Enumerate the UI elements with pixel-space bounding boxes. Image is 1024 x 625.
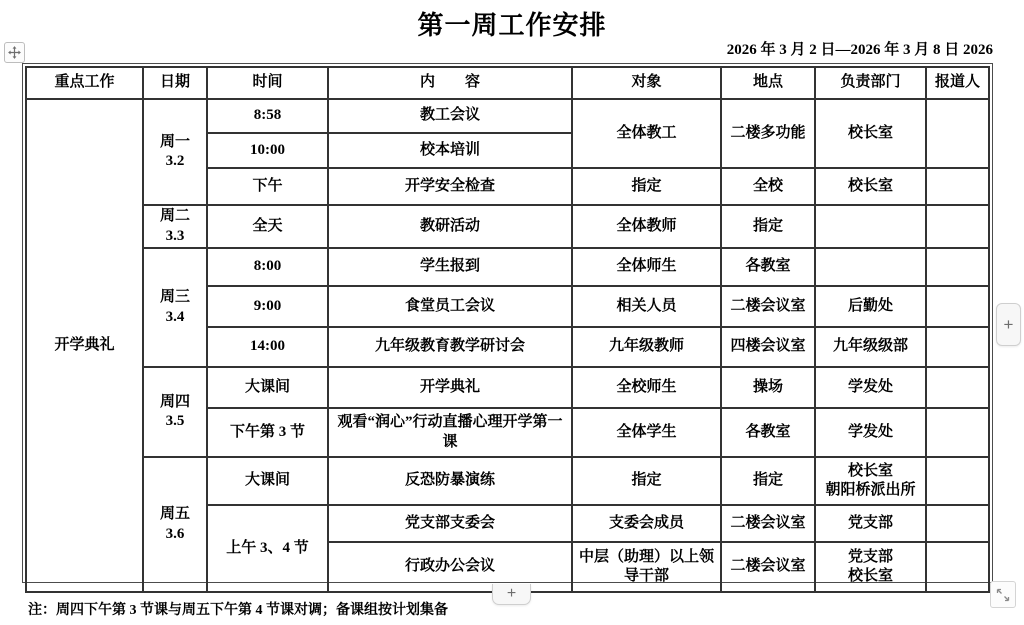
col-header-reporter: 报道人 xyxy=(926,67,989,99)
table-row: 开学典礼 周一 3.2 8:58 教工会议 全体教工 二楼多功能 校长室 xyxy=(26,99,989,133)
place-cell: 各教室 xyxy=(721,248,815,286)
schedule-table-container: 重点工作 日期 时间 内 容 对象 地点 负责部门 报道人 开学典礼 周一 3.… xyxy=(22,63,993,583)
reporter-cell xyxy=(926,168,989,205)
col-header-place: 地点 xyxy=(721,67,815,99)
dept-cell: 校长室 朝阳桥派出所 xyxy=(815,457,926,505)
col-header-time: 时间 xyxy=(207,67,328,99)
table-resize-handle[interactable] xyxy=(990,581,1016,608)
time-cell: 大课间 xyxy=(207,457,328,505)
reporter-cell xyxy=(926,205,989,248)
col-header-keywork: 重点工作 xyxy=(26,67,143,99)
target-cell: 九年级教师 xyxy=(572,327,721,367)
time-cell: 上午 3、4 节 xyxy=(207,505,328,592)
time-cell: 大课间 xyxy=(207,367,328,408)
reporter-cell xyxy=(926,542,989,592)
target-cell: 全校师生 xyxy=(572,367,721,408)
add-column-button[interactable]: + xyxy=(996,303,1021,346)
content-cell: 学生报到 xyxy=(328,248,572,286)
content-cell: 教研活动 xyxy=(328,205,572,248)
content-cell: 开学典礼 xyxy=(328,367,572,408)
dept-cell xyxy=(815,205,926,248)
place-cell: 四楼会议室 xyxy=(721,327,815,367)
place-cell: 二楼会议室 xyxy=(721,542,815,592)
target-cell: 指定 xyxy=(572,457,721,505)
target-cell: 指定 xyxy=(572,168,721,205)
dept-cell xyxy=(815,248,926,286)
content-cell: 反恐防暴演练 xyxy=(328,457,572,505)
date-range: 2026 年 3 月 2 日—2026 年 3 月 8 日 2026 xyxy=(727,38,993,59)
content-cell: 开学安全检查 xyxy=(328,168,572,205)
place-cell: 二楼会议室 xyxy=(721,286,815,327)
dept-cell: 党支部 校长室 xyxy=(815,542,926,592)
reporter-cell xyxy=(926,408,989,457)
place-cell: 指定 xyxy=(721,457,815,505)
content-cell: 食堂员工会议 xyxy=(328,286,572,327)
content-cell: 党支部支委会 xyxy=(328,505,572,542)
reporter-cell xyxy=(926,248,989,286)
target-cell: 全体学生 xyxy=(572,408,721,457)
place-cell: 各教室 xyxy=(721,408,815,457)
dept-cell: 九年级级部 xyxy=(815,327,926,367)
time-cell: 下午 xyxy=(207,168,328,205)
time-cell: 9:00 xyxy=(207,286,328,327)
reporter-cell xyxy=(926,505,989,542)
time-cell: 8:00 xyxy=(207,248,328,286)
day-cell-mon: 周一 3.2 xyxy=(143,99,207,205)
col-header-content: 内 容 xyxy=(328,67,572,99)
time-cell: 全天 xyxy=(207,205,328,248)
place-cell: 二楼会议室 xyxy=(721,505,815,542)
content-cell: 校本培训 xyxy=(328,133,572,168)
target-cell: 相关人员 xyxy=(572,286,721,327)
keywork-cell: 开学典礼 xyxy=(26,99,143,592)
place-cell: 指定 xyxy=(721,205,815,248)
time-cell: 下午第 3 节 xyxy=(207,408,328,457)
target-cell: 全体教师 xyxy=(572,205,721,248)
content-cell: 行政办公会议 xyxy=(328,542,572,592)
dept-cell: 校长室 xyxy=(815,168,926,205)
table-row: 周五 3.6 大课间 反恐防暴演练 指定 指定 校长室 朝阳桥派出所 xyxy=(26,457,989,505)
reporter-cell xyxy=(926,367,989,408)
target-cell: 中层（助理）以上领导干部 xyxy=(572,542,721,592)
table-row: 周二 3.3 全天 教研活动 全体教师 指定 xyxy=(26,205,989,248)
dept-cell: 学发处 xyxy=(815,367,926,408)
dept-cell: 后勤处 xyxy=(815,286,926,327)
footnote: 注：周四下午第 3 节课与周五下午第 4 节课对调；备课组按计划集备 xyxy=(28,599,448,619)
time-cell: 14:00 xyxy=(207,327,328,367)
target-cell: 全体师生 xyxy=(572,248,721,286)
header-row: 重点工作 日期 时间 内 容 对象 地点 负责部门 报道人 xyxy=(26,67,989,99)
place-cell: 二楼多功能 xyxy=(721,99,815,168)
reporter-cell xyxy=(926,286,989,327)
schedule-table: 重点工作 日期 时间 内 容 对象 地点 负责部门 报道人 开学典礼 周一 3.… xyxy=(25,66,990,593)
reporter-cell xyxy=(926,99,989,168)
place-cell: 全校 xyxy=(721,168,815,205)
dept-cell: 党支部 xyxy=(815,505,926,542)
col-header-date: 日期 xyxy=(143,67,207,99)
diagonal-resize-icon xyxy=(995,587,1011,603)
content-cell: 观看“润心”行动直播心理开学第一课 xyxy=(328,408,572,457)
col-header-dept: 负责部门 xyxy=(815,67,926,99)
content-cell: 教工会议 xyxy=(328,99,572,133)
day-cell-tue: 周二 3.3 xyxy=(143,205,207,248)
day-cell-thu: 周四 3.5 xyxy=(143,367,207,457)
dept-cell: 校长室 xyxy=(815,99,926,168)
target-cell: 支委会成员 xyxy=(572,505,721,542)
table-row: 周三 3.4 8:00 学生报到 全体师生 各教室 xyxy=(26,248,989,286)
document-page: 第一周工作安排 2026 年 3 月 2 日—2026 年 3 月 8 日 20… xyxy=(0,0,1024,625)
reporter-cell xyxy=(926,457,989,505)
dept-cell: 学发处 xyxy=(815,408,926,457)
col-header-target: 对象 xyxy=(572,67,721,99)
add-row-button[interactable]: + xyxy=(492,584,531,605)
target-cell: 全体教工 xyxy=(572,99,721,168)
table-row: 周四 3.5 大课间 开学典礼 全校师生 操场 学发处 xyxy=(26,367,989,408)
page-title: 第一周工作安排 xyxy=(0,5,1024,42)
time-cell: 8:58 xyxy=(207,99,328,133)
table-move-handle[interactable] xyxy=(4,42,25,63)
day-cell-fri: 周五 3.6 xyxy=(143,457,207,592)
reporter-cell xyxy=(926,327,989,367)
time-cell: 10:00 xyxy=(207,133,328,168)
day-cell-wed: 周三 3.4 xyxy=(143,248,207,367)
content-cell: 九年级教育教学研讨会 xyxy=(328,327,572,367)
place-cell: 操场 xyxy=(721,367,815,408)
move-icon xyxy=(7,45,22,60)
